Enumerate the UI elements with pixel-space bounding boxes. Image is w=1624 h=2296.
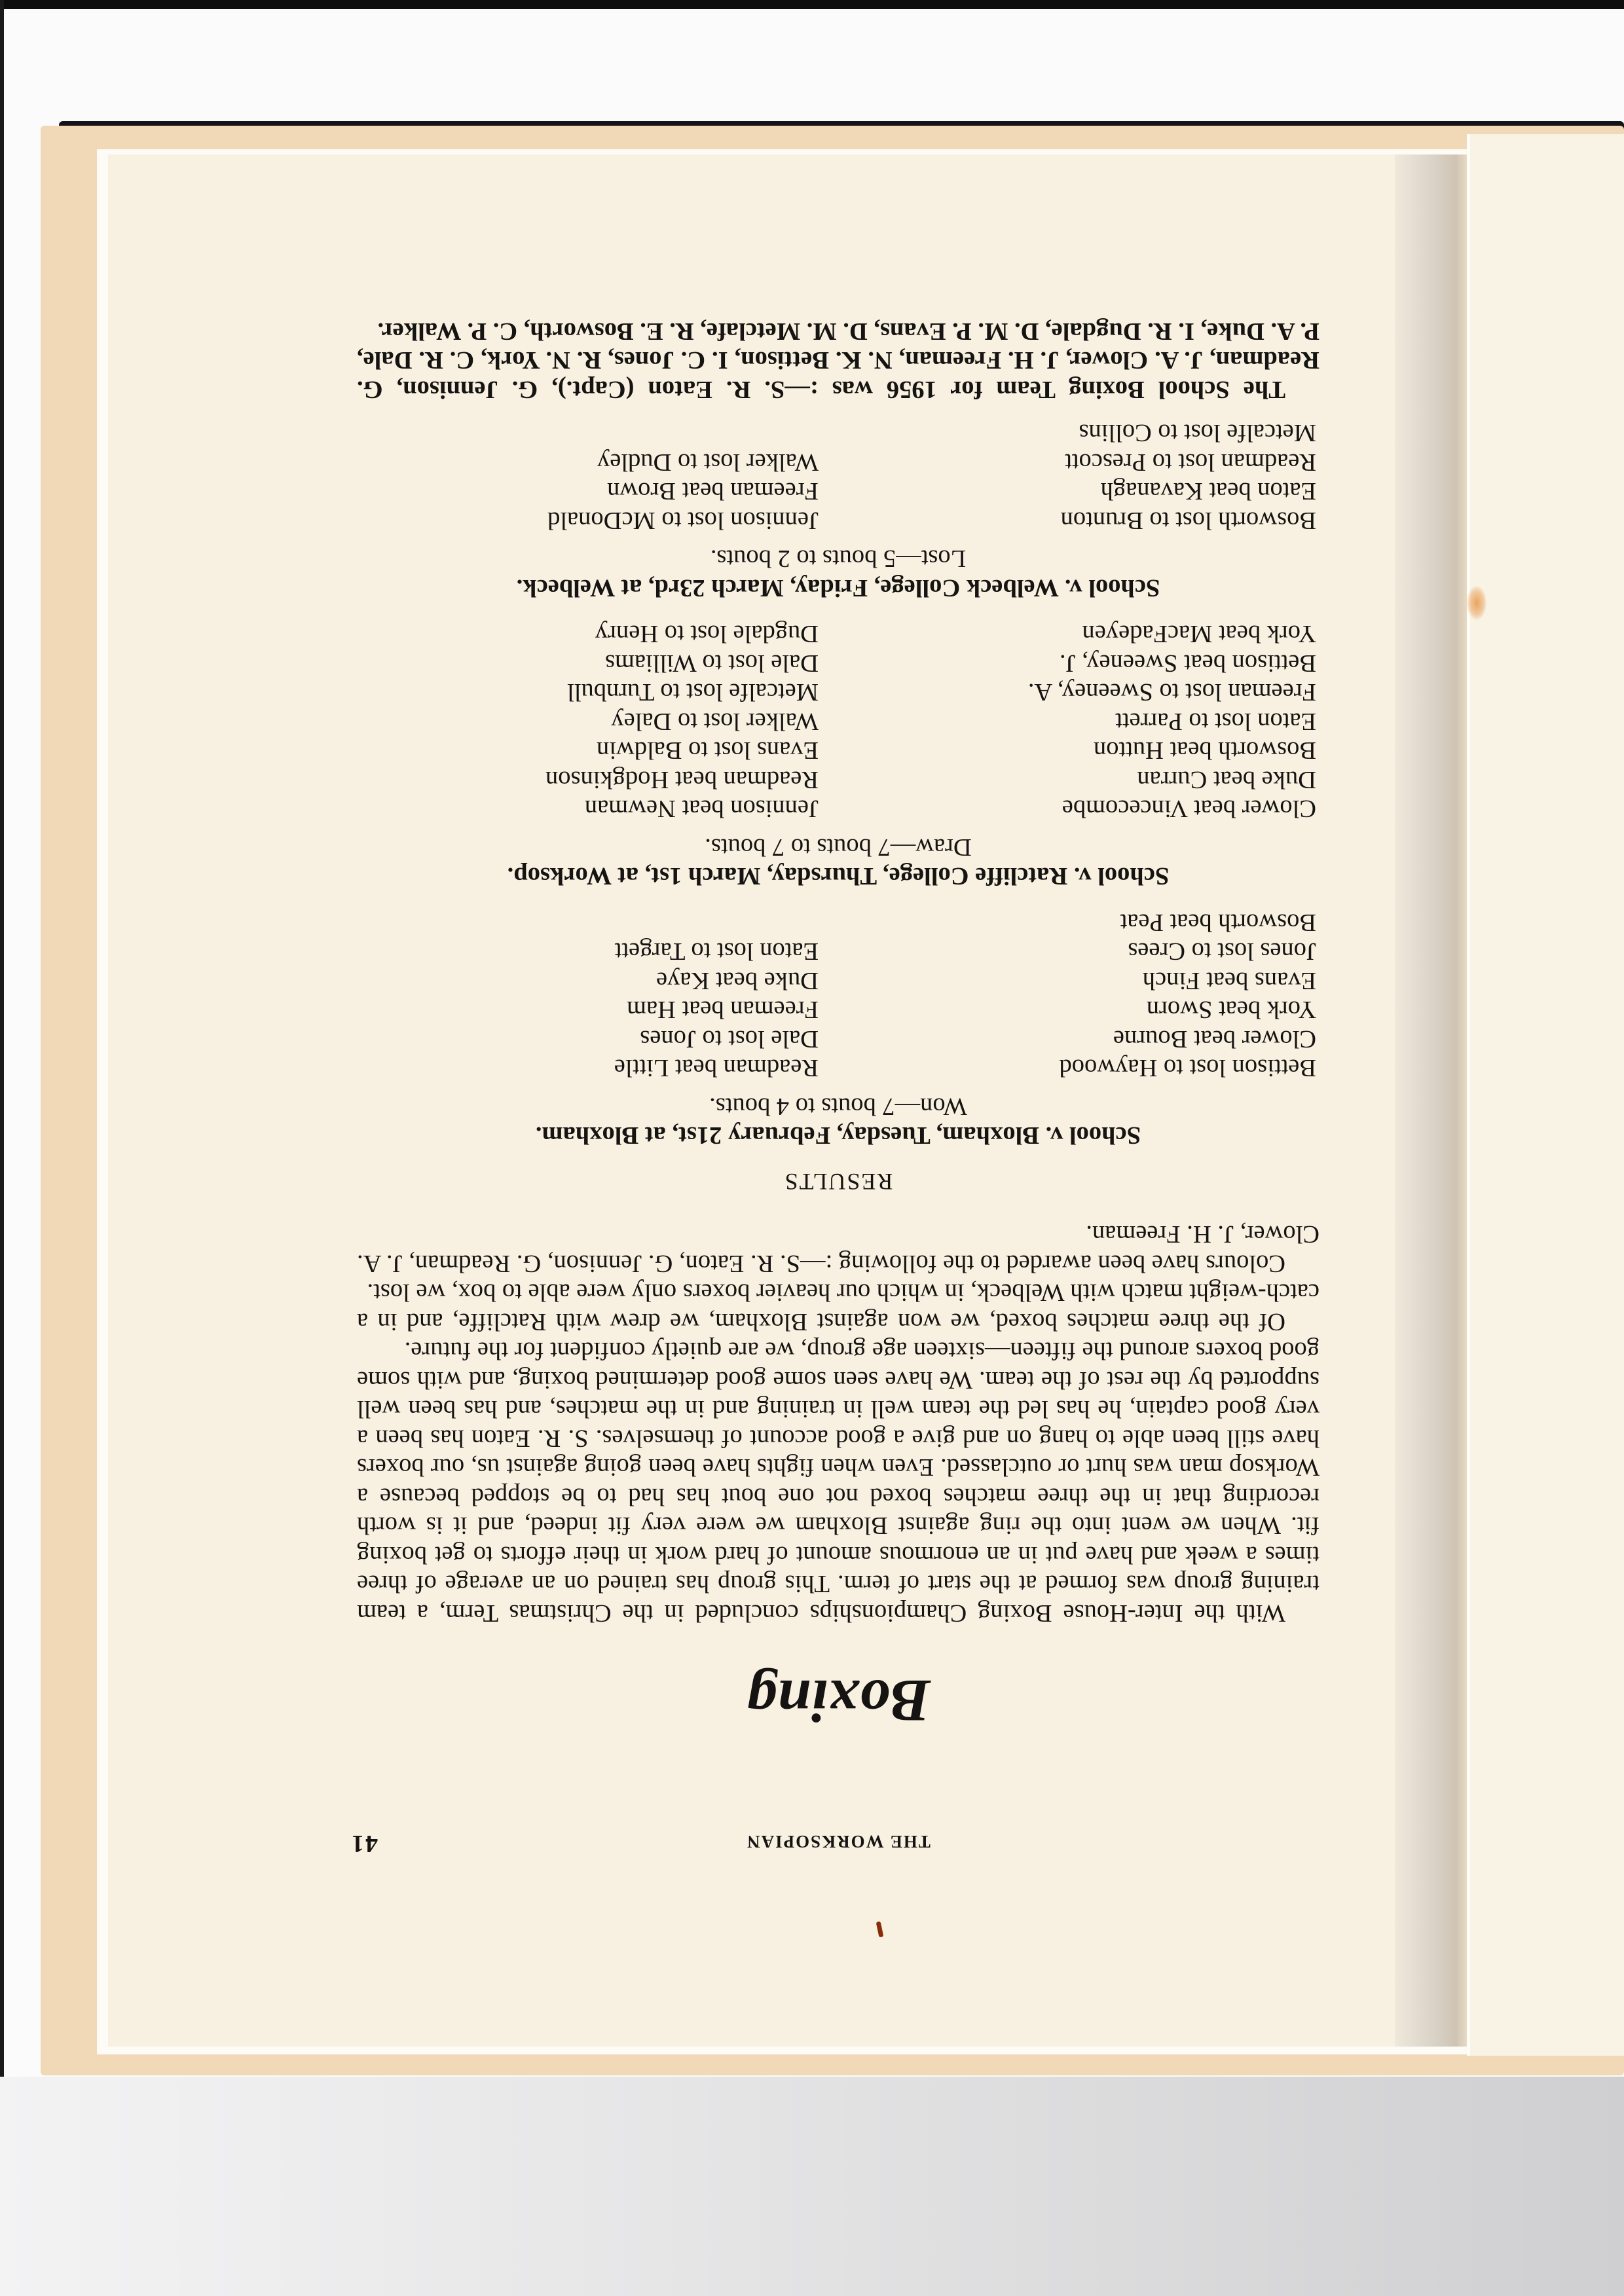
bout-list: Clower beat Vincecombe Jennison beat New… — [357, 619, 1319, 824]
bout: Bettison lost to Haywood — [819, 1053, 1316, 1083]
bout — [360, 418, 819, 448]
bout-list: Bosworth lost to Brunton Jennison lost t… — [357, 418, 1319, 535]
article-body: With the Inter-House Boxing Championship… — [357, 317, 1319, 1628]
summary-paragraph: Of the three matches boxed, we won again… — [357, 1278, 1319, 1336]
match-result: Won—7 bouts to 4 bouts. — [357, 1092, 1319, 1121]
bout: Bosworth beat Peat — [819, 908, 1316, 938]
match-result: Draw—7 bouts to 7 bouts. — [357, 833, 1319, 862]
results-heading: RESULTS — [357, 1167, 1319, 1197]
bout: Duke beat Curran — [819, 765, 1316, 795]
bout: Bosworth lost to Brunton — [819, 506, 1316, 536]
bout: Evans lost to Baldwin — [360, 736, 819, 765]
bout: Jennison lost to McDonald — [360, 506, 819, 536]
bout: Dugdale lost to Henry — [360, 619, 819, 649]
match-welbeck: School v. Welbeck College, Friday, March… — [357, 418, 1319, 602]
match-bloxham: School v. Bloxham, Tuesday, February 21s… — [357, 908, 1319, 1150]
section-title: Boxing — [357, 1666, 1319, 1736]
bout: Eaton lost to Parrett — [819, 707, 1316, 737]
match-result: Lost—5 bouts to 2 bouts. — [357, 544, 1319, 574]
bout: Jennison beat Newman — [360, 794, 819, 824]
page-content-rotated: THE WORKSOPIAN 41 Boxing With the Inter-… — [108, 155, 1464, 2047]
match-title: School v. Bloxham, Tuesday, February 21s… — [357, 1121, 1319, 1150]
scanner-top-edge — [0, 0, 1624, 9]
bout: Eaton beat Kavanagh — [819, 477, 1316, 506]
bout: Bettison beat Sweeney, J. — [819, 649, 1316, 678]
bout: Dale lost to Jones — [360, 1025, 819, 1054]
bout: Bosworth beat Hutton — [819, 736, 1316, 765]
intro-paragraph: With the Inter-House Boxing Championship… — [357, 1336, 1319, 1628]
scanner-left-edge — [0, 0, 4, 2296]
bout-list: Bettison lost to Haywood Readman beat Li… — [357, 908, 1319, 1083]
bout: Metcalfe lost to Collins — [819, 418, 1316, 448]
match-title: School v. Welbeck College, Friday, March… — [357, 574, 1319, 603]
scanner-bottom-shadow — [0, 2077, 1624, 2296]
team-list: The School Boxing Team for 1956 was :—S.… — [357, 317, 1319, 405]
bout: Eaton lost to Targett — [360, 937, 819, 966]
bout: Clower beat Vincecombe — [819, 794, 1316, 824]
bout: Evans beat Finch — [819, 966, 1316, 996]
bout: Walker lost to Dudley — [360, 448, 819, 477]
match-title: School v. Ratcliffe College, Thursday, M… — [357, 862, 1319, 891]
bout: Readman beat Little — [360, 1053, 819, 1083]
next-page — [1470, 134, 1624, 2056]
bout: Dale lost to Williams — [360, 649, 819, 678]
colours-paragraph: Colours have been awarded to the followi… — [357, 1220, 1319, 1278]
bout — [360, 908, 819, 938]
bout: York beat Sworn — [819, 995, 1316, 1025]
page-number: 41 — [350, 1829, 378, 1858]
journal-title: THE WORKSOPIAN — [357, 1831, 1319, 1851]
bout: Metcalfe lost to Turnbull — [360, 678, 819, 707]
bout: Freeman beat Ham — [360, 995, 819, 1025]
match-ratcliffe: School v. Ratcliffe College, Thursday, M… — [357, 619, 1319, 891]
bout: Readman lost to Prescott — [819, 448, 1316, 477]
bout: Freeman lost to Sweeney, A. — [819, 678, 1316, 707]
bout: York beat MacFadeyen — [819, 619, 1316, 649]
bout: Walker lost to Daley — [360, 707, 819, 737]
bout: Readman beat Hodgkinson — [360, 765, 819, 795]
stain-mark — [1467, 586, 1486, 620]
bout: Freeman beat Brown — [360, 477, 819, 506]
team-paragraph: The School Boxing Team for 1956 was :—S.… — [357, 317, 1319, 405]
bout: Clower beat Bourne — [819, 1025, 1316, 1054]
bout: Duke beat Kaye — [360, 966, 819, 996]
bout: Jones lost to Crees — [819, 937, 1316, 966]
